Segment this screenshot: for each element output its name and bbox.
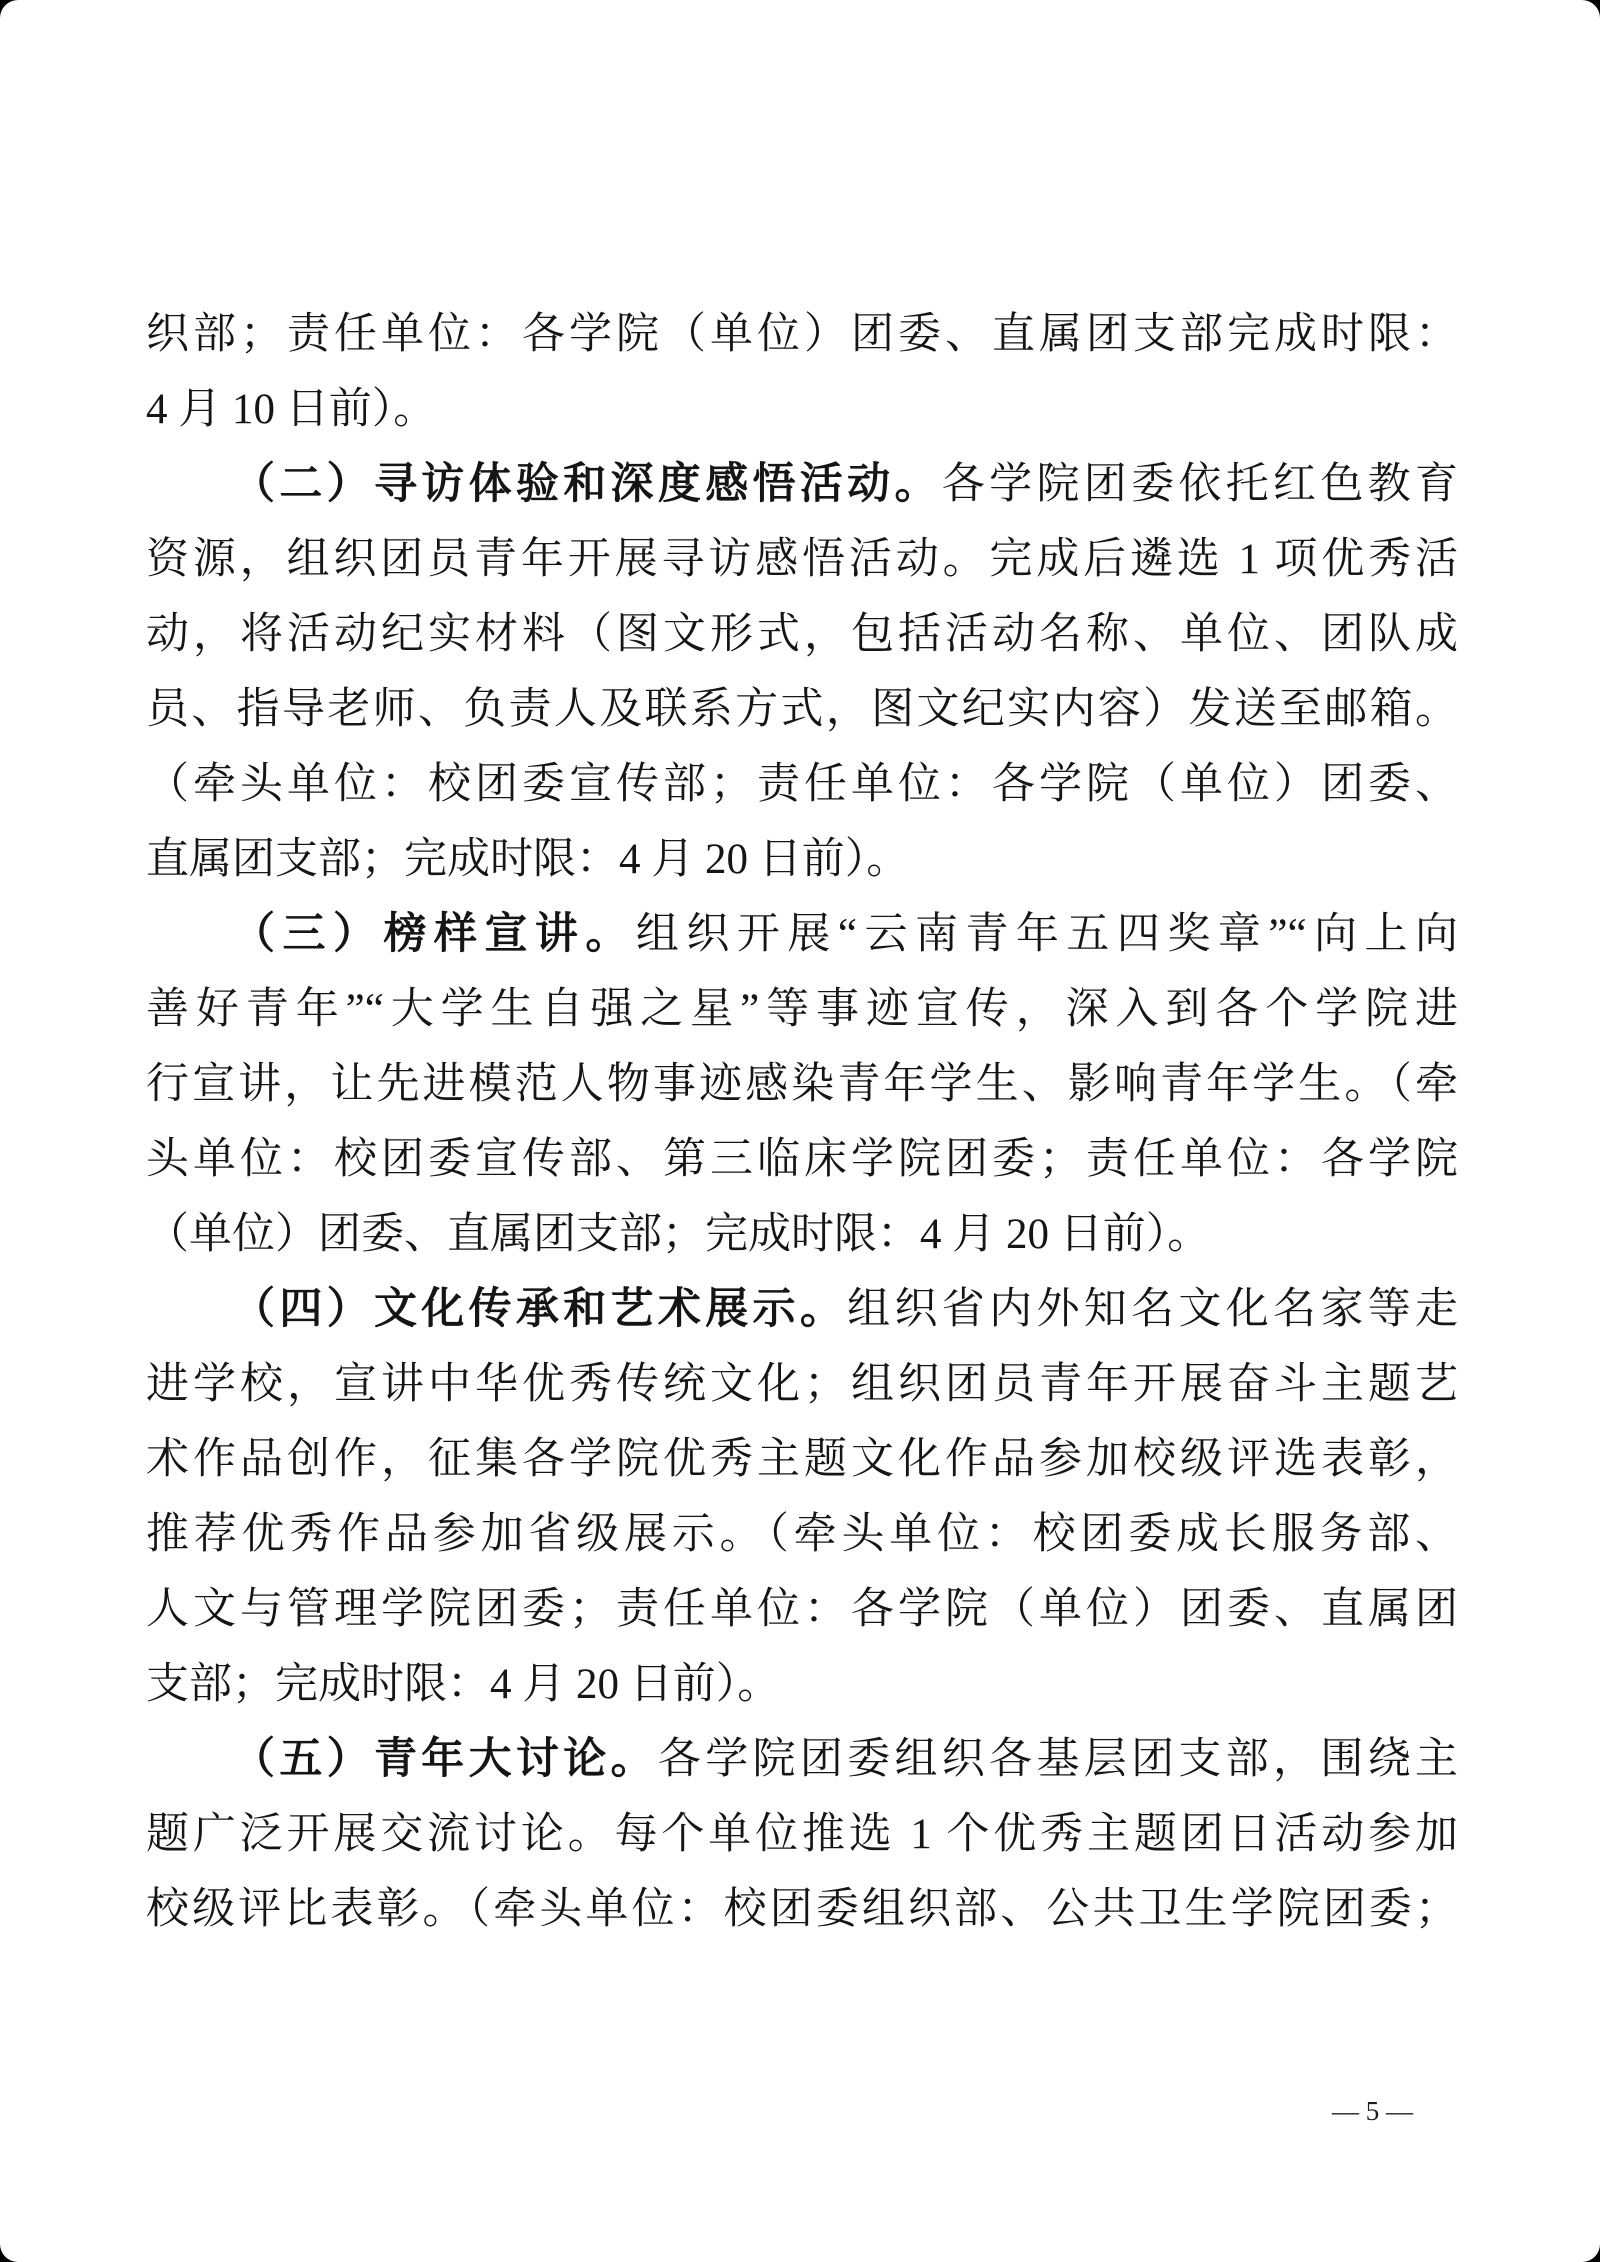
text-line: 校级评比表彰。（牵头单位：校团委组织部、公共卫生学院团委；: [146, 1872, 1458, 1947]
text-line: （单位）团委、直属团支部；完成时限：4 月 20 日前）。: [146, 1197, 1458, 1272]
text-line: 头单位：校团委宣传部、第三临床学院团委；责任单位：各学院: [146, 1122, 1458, 1197]
text-line: 4 月 10 日前）。: [146, 372, 1458, 447]
text-line: 行宣讲，让先进模范人物事迹感染青年学生、影响青年学生。（牵: [146, 1047, 1458, 1122]
section-heading: （二）寻访体验和深度感悟活动。: [232, 461, 942, 508]
section-heading: （五）青年大讨论。: [232, 1736, 658, 1783]
text-line: 织部；责任单位：各学院（单位）团委、直属团支部完成时限：: [146, 297, 1458, 372]
text-line: 资源，组织团员青年开展寻访感悟活动。完成后遴选 1 项优秀活: [146, 522, 1458, 597]
text-line: 善好青年”“大学生自强之星”等事迹宣传，深入到各个学院进: [146, 972, 1458, 1047]
text-line: （牵头单位：校团委宣传部；责任单位：各学院（单位）团委、: [146, 747, 1458, 822]
text-line: 人文与管理学院团委；责任单位：各学院（单位）团委、直属团: [146, 1572, 1458, 1647]
text-line: 题广泛开展交流讨论。每个单位推选 1 个优秀主题团日活动参加: [146, 1797, 1458, 1872]
section-heading-line: （三）榜样宣讲。组织开展“云南青年五四奖章”“向上向: [146, 897, 1458, 972]
text-line: 推荐优秀作品参加省级展示。（牵头单位：校团委成长服务部、: [146, 1497, 1458, 1572]
document-page: 织部；责任单位：各学院（单位）团委、直属团支部完成时限： 4 月 10 日前）。…: [0, 0, 1600, 2262]
text-line: 支部；完成时限：4 月 20 日前）。: [146, 1647, 1458, 1722]
section-heading-line: （二）寻访体验和深度感悟活动。各学院团委依托红色教育: [146, 447, 1458, 522]
text-line: 员、指导老师、负责人及联系方式，图文纪实内容）发送至邮箱。: [146, 672, 1458, 747]
text-line: 动，将活动纪实材料（图文形式，包括活动名称、单位、团队成: [146, 597, 1458, 672]
section-heading-line: （五）青年大讨论。各学院团委组织各基层团支部，围绕主: [146, 1722, 1458, 1797]
section-heading: （四）文化传承和艺术展示。: [232, 1286, 847, 1333]
section-heading-line: （四）文化传承和艺术展示。组织省内外知名文化名家等走: [146, 1272, 1458, 1347]
page-number: — 5 —: [1332, 2093, 1413, 2129]
text-line: 进学校，宣讲中华优秀传统文化；组织团员青年开展奋斗主题艺: [146, 1347, 1458, 1422]
document-body: 织部；责任单位：各学院（单位）团委、直属团支部完成时限： 4 月 10 日前）。…: [146, 297, 1458, 1947]
text-line: 直属团支部；完成时限：4 月 20 日前）。: [146, 822, 1458, 897]
section-heading: （三）榜样宣讲。: [232, 911, 636, 958]
text-line: 术作品创作，征集各学院优秀主题文化作品参加校级评选表彰，: [146, 1422, 1458, 1497]
